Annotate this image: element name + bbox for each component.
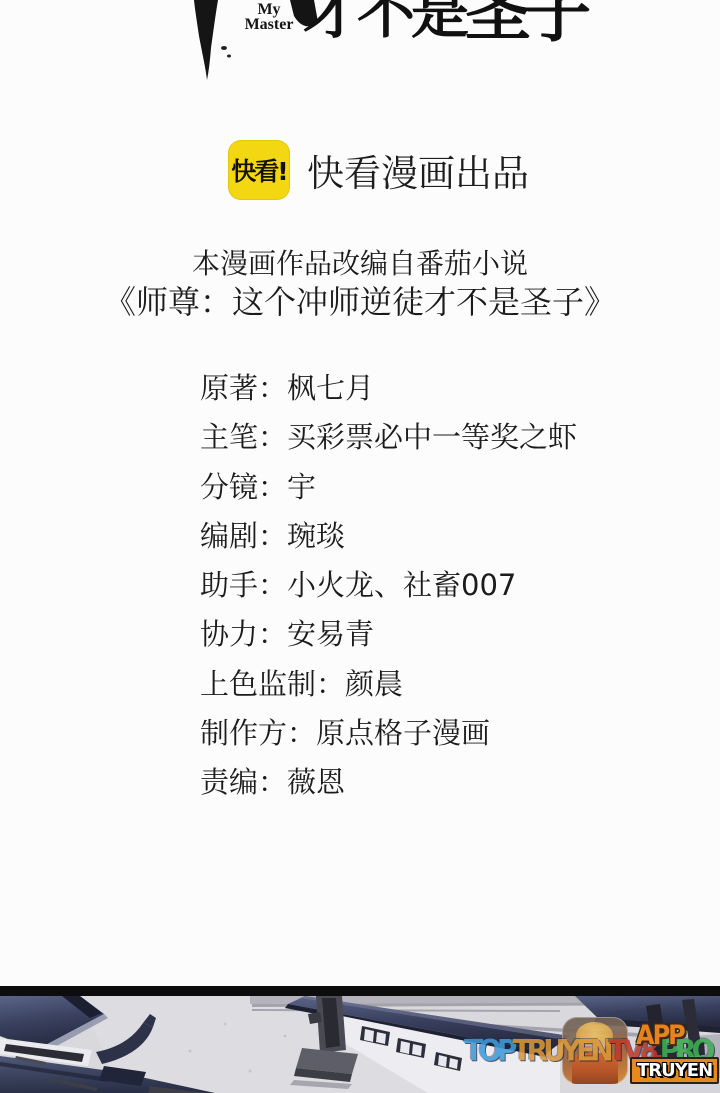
- credit-name: 宇: [287, 470, 316, 504]
- credit-role: 制作方：: [200, 716, 316, 750]
- credit-name: 小火龙、社畜007: [287, 568, 516, 602]
- credit-row: 助手：小火龙、社畜007: [200, 561, 577, 610]
- publisher-label: 快看漫画出品: [307, 143, 529, 197]
- credit-role: 上色监制：: [200, 667, 345, 701]
- credit-role: 分镜：: [200, 470, 287, 504]
- credit-row: 协力：安易青: [200, 610, 577, 659]
- adaptation-line2: 《师尊：这个冲师逆徒才不是圣子》: [0, 282, 720, 322]
- watermark-segment: TRUYEN: [512, 1033, 608, 1068]
- title-english-line1: My: [234, 2, 304, 17]
- manga-panel: TOPTRUYENTV8.PRO APP TRUYEN: [0, 996, 720, 1093]
- title-calligraphy: 才不是 圣子: [303, 0, 585, 46]
- credit-row: 原著：枫七月: [200, 364, 577, 413]
- title-english-label: My Master: [234, 2, 304, 32]
- panel-frame-bar: [0, 986, 720, 996]
- credit-name: 琬琰: [287, 519, 345, 553]
- credit-row: 责编：薇恩: [200, 758, 577, 807]
- title-calligraphy-small: 才不是: [303, 0, 465, 41]
- credit-role: 编剧：: [200, 519, 287, 553]
- credit-role: 原著：: [200, 371, 287, 405]
- credit-row: 分镜：宇: [200, 463, 577, 512]
- credit-row: 主笔：买彩票必中一等奖之虾: [200, 413, 577, 462]
- kuaikan-logo-text: 快看!: [231, 152, 286, 188]
- comic-credits-page: { "title_art": { "english_line1": "My", …: [0, 0, 720, 1093]
- credit-name: 安易青: [287, 617, 374, 651]
- credit-name: 买彩票必中一等奖之虾: [287, 420, 577, 454]
- credits-list: 原著：枫七月 主笔：买彩票必中一等奖之虾 分镜：宇 编剧：琬琰 助手：小火龙、社…: [200, 364, 577, 808]
- adaptation-line1: 本漫画作品改编自番茄小说: [0, 246, 720, 282]
- watermark-segment: TOP: [464, 1033, 512, 1068]
- credit-row: 编剧：琬琰: [200, 512, 577, 561]
- credit-name: 薇恩: [287, 765, 345, 799]
- credit-role: 协力：: [200, 617, 287, 651]
- credit-role: 责编：: [200, 765, 287, 799]
- app-label: APP: [636, 1020, 684, 1051]
- credit-name: 原点格子漫画: [316, 716, 490, 750]
- credit-name: 枫七月: [287, 371, 374, 405]
- kuaikan-logo: 快看!: [228, 140, 290, 200]
- title-calligraphy-large: 圣子: [465, 0, 585, 46]
- adaptation-notice: 本漫画作品改编自番茄小说 《师尊：这个冲师逆徒才不是圣子》: [0, 246, 720, 322]
- publisher-row: 快看! 快看漫画出品: [228, 140, 529, 200]
- credit-role: 助手：: [200, 568, 287, 602]
- credit-row: 制作方：原点格子漫画: [200, 709, 577, 758]
- title-english-line2: Master: [234, 17, 304, 32]
- credit-name: 颜晨: [345, 667, 403, 701]
- credit-role: 主笔：: [200, 420, 287, 454]
- app-badge: TRUYEN: [630, 1057, 719, 1084]
- title-artwork: My Master 才不是 圣子: [0, 0, 720, 240]
- credit-row: 上色监制：颜晨: [200, 660, 577, 709]
